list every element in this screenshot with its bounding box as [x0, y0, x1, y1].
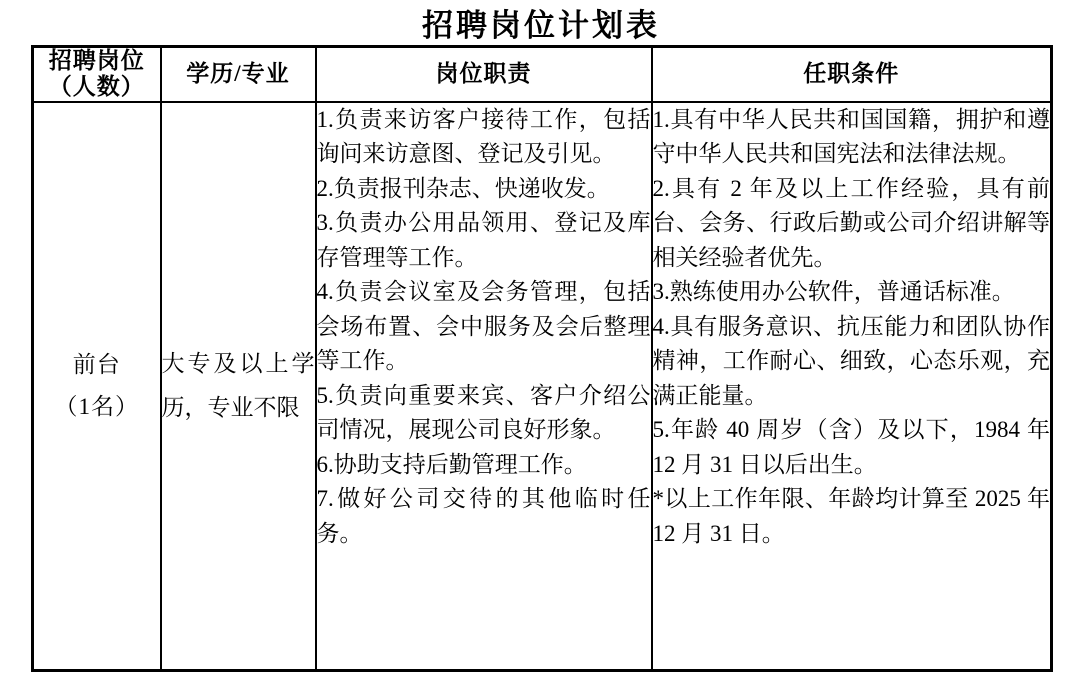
duty-item: 3.负责办公用品领用、登记及库存管理等工作。: [317, 206, 651, 275]
duty-item: 1.负责来访客户接待工作，包括询问来访意图、登记及引见。: [317, 103, 651, 172]
requirement-item: 3.熟练使用办公软件，普通话标准。: [653, 275, 1051, 310]
duty-item: 7.做好公司交待的其他临时任务。: [317, 482, 651, 551]
duty-item: 4.负责会议室及会务管理，包括会场布置、会中服务及会后整理等工作。: [317, 275, 651, 379]
requirement-item: 2.具有 2 年及以上工作经验，具有前台、会务、行政后勤或公司介绍讲解等相关经验…: [653, 172, 1051, 276]
duty-item: 5.负责向重要来宾、客户介绍公司情况，展现公司良好形象。: [317, 379, 651, 448]
page-title: 招聘岗位计划表: [0, 0, 1082, 45]
requirement-item: 5.年龄 40 周岁（含）及以下，1984 年 12 月 31 日以后出生。: [653, 413, 1051, 482]
cell-duties: 1.负责来访客户接待工作，包括询问来访意图、登记及引见。 2.负责报刊杂志、快递…: [316, 102, 652, 671]
header-cell-requirements: 任职条件: [652, 47, 1052, 102]
requirement-item: 1.具有中华人民共和国国籍，拥护和遵守中华人民共和国宪法和法律法规。: [653, 103, 1051, 172]
duty-item: 6.协助支持后勤管理工作。: [317, 448, 651, 483]
cell-education: 大专及以上学历，专业不限: [161, 102, 316, 671]
duty-item: 2.负责报刊杂志、快递收发。: [317, 172, 651, 207]
header-cell-duties: 岗位职责: [316, 47, 652, 102]
requirement-item: 4.具有服务意识、抗压能力和团队协作精神，工作耐心、细致，心态乐观，充满正能量。: [653, 310, 1051, 414]
header-cell-education: 学历/专业: [161, 47, 316, 102]
cell-requirements: 1.具有中华人民共和国国籍，拥护和遵守中华人民共和国宪法和法律法规。 2.具有 …: [652, 102, 1052, 671]
recruitment-plan-table: 招聘岗位 （人数） 学历/专业 岗位职责 任职条件 前台 （1名） 大专及以上学…: [31, 45, 1053, 672]
table-header-row: 招聘岗位 （人数） 学历/专业 岗位职责 任职条件: [33, 47, 1052, 102]
header-cell-position: 招聘岗位 （人数）: [33, 47, 161, 102]
table-row: 前台 （1名） 大专及以上学历，专业不限 1.负责来访客户接待工作，包括询问来访…: [33, 102, 1052, 671]
cell-position: 前台 （1名）: [33, 102, 161, 671]
requirement-item: *以上工作年限、年龄均计算至 2025 年 12 月 31 日。: [653, 482, 1051, 551]
document-page: 招聘岗位计划表 招聘岗位 （人数） 学历/专业 岗位职责 任职条件 前台 （1名…: [0, 0, 1082, 698]
